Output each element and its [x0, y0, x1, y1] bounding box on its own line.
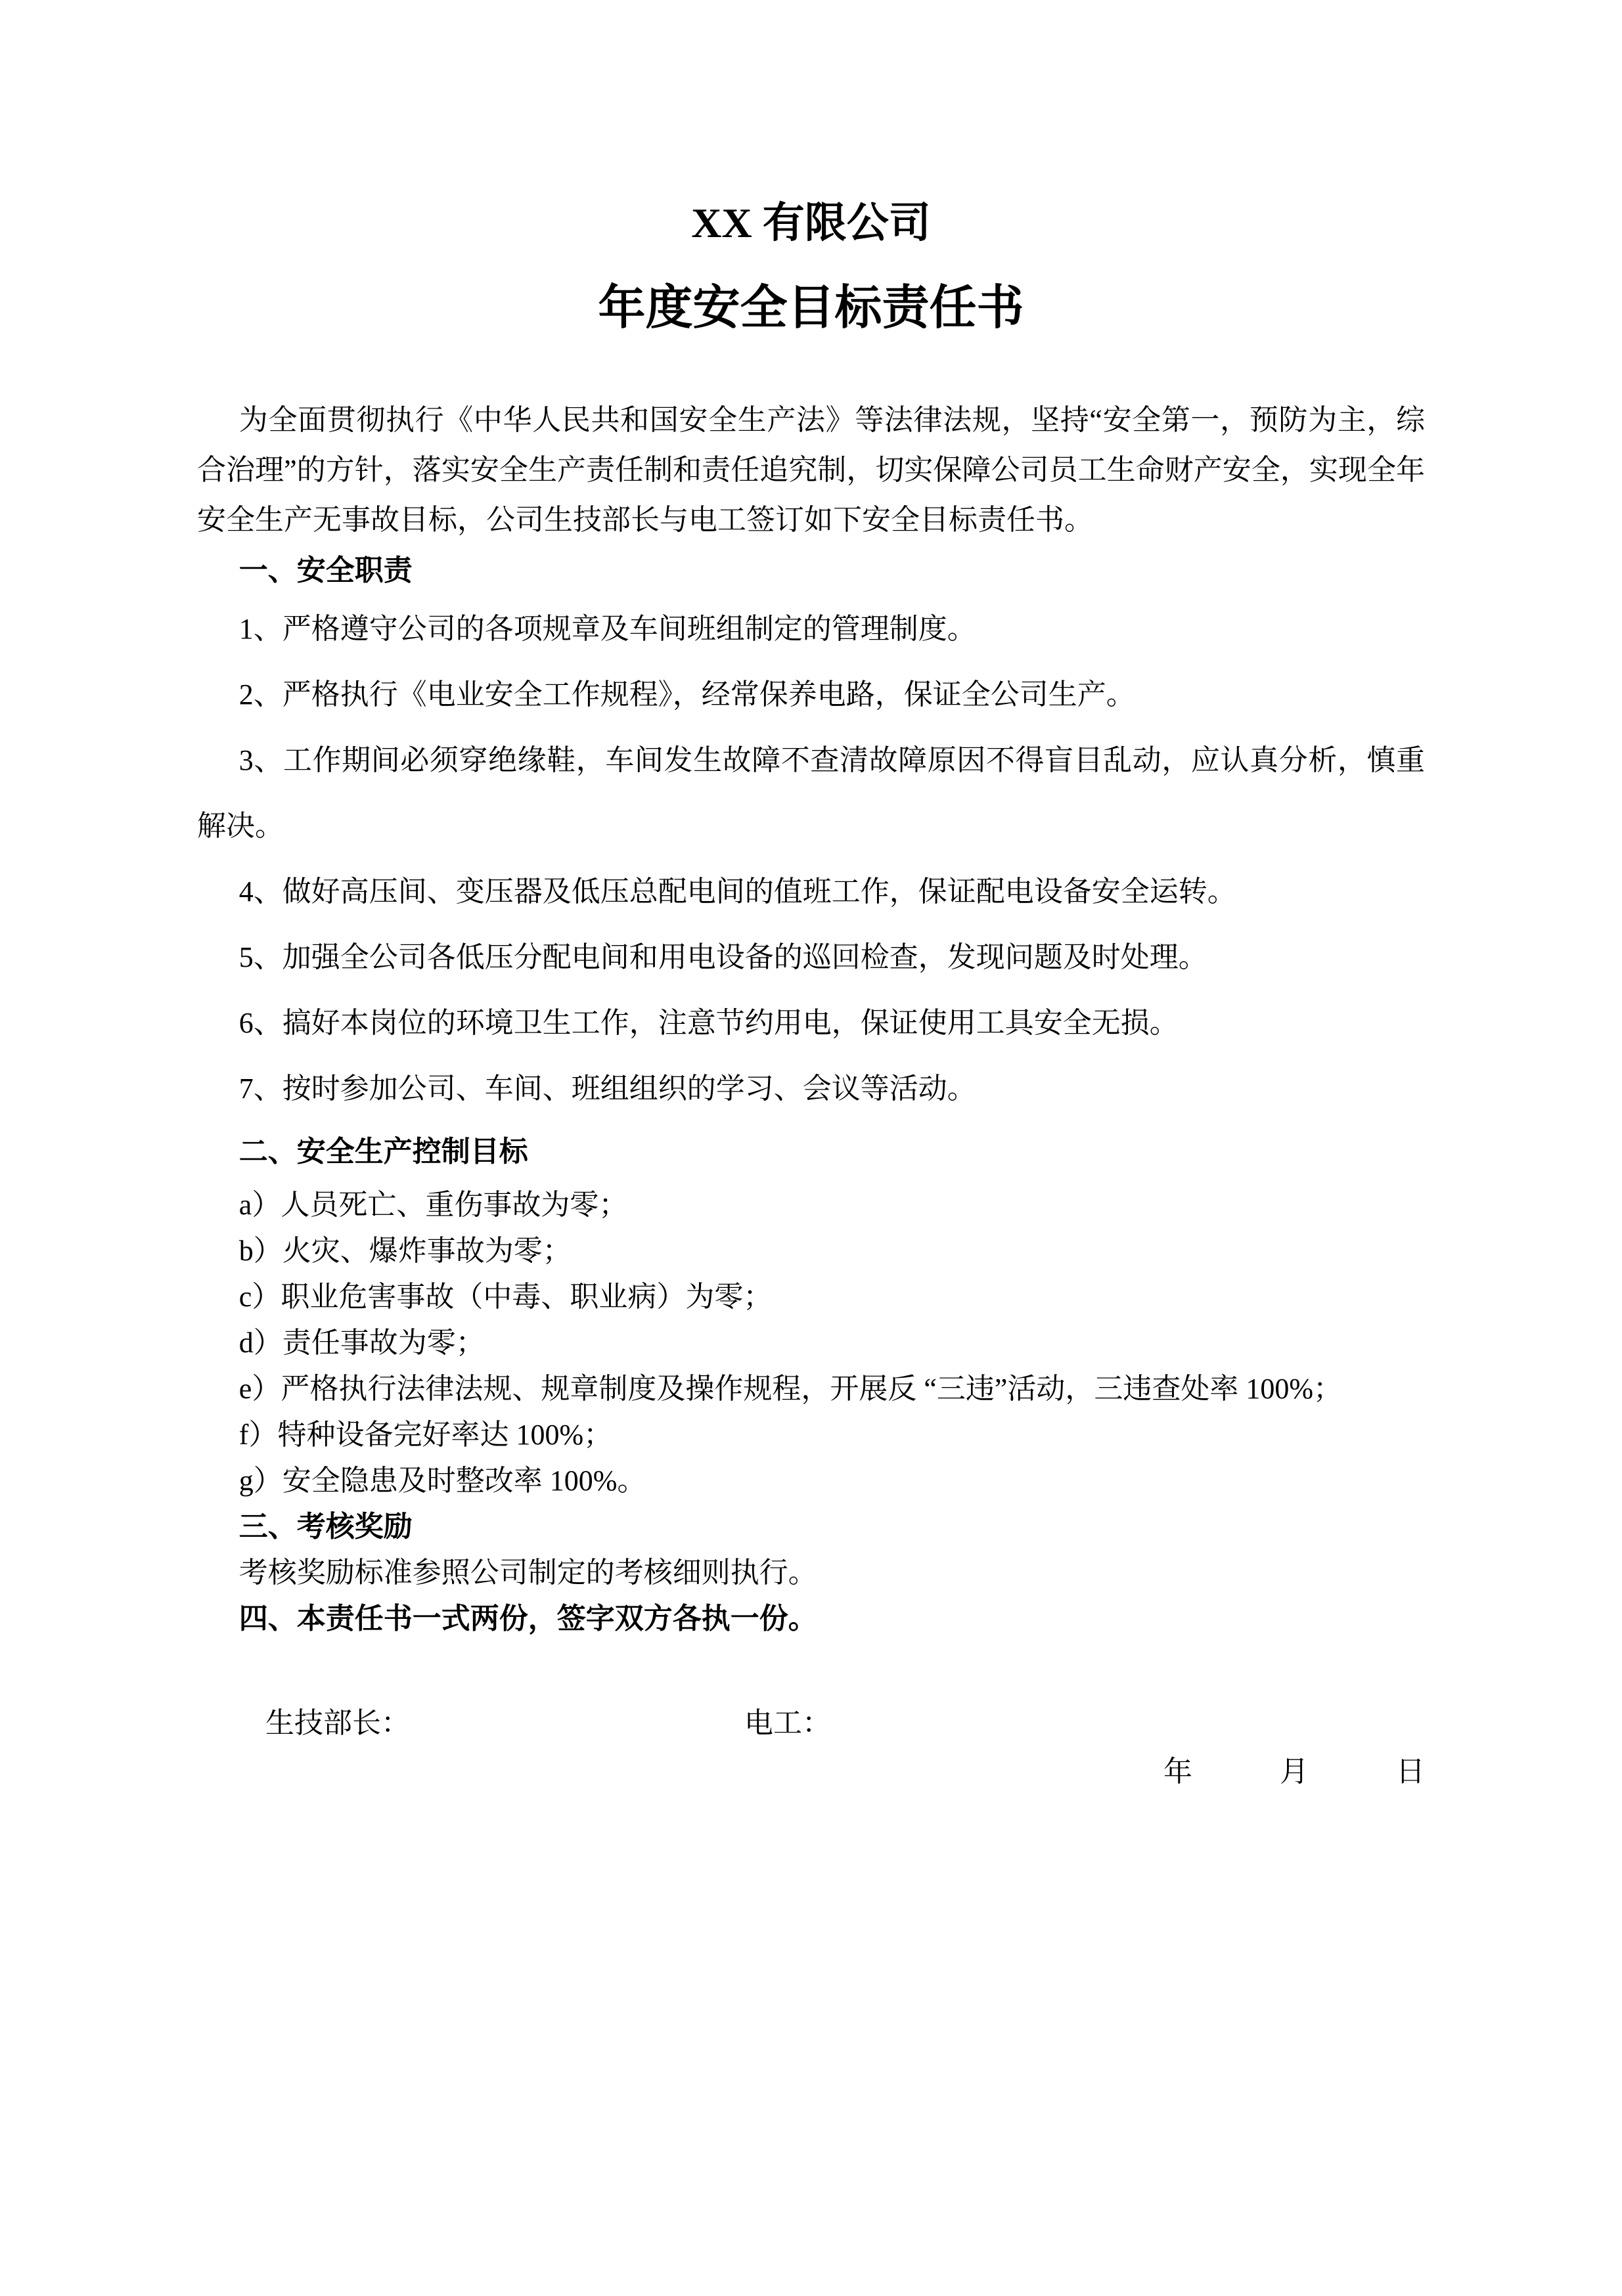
duty-item-3: 3、工作期间必须穿绝缘鞋，车间发生故障不查清故障原因不得盲目乱动，应认真分析，慎… — [197, 728, 1425, 859]
duty-item-4: 4、做好高压间、变压器及低压总配电间的值班工作，保证配电设备安全运转。 — [197, 859, 1425, 925]
intro-paragraph: 为全面贯彻执行《中华人民共和国安全生产法》等法律法规，坚持“安全第一，预防为主，… — [197, 395, 1425, 545]
target-item-e: e）严格执行法律法规、规章制度及操作规程，开展反 “三违”活动，三违查处率 10… — [197, 1366, 1425, 1412]
duty-item-2: 2、严格执行《电业安全工作规程》，经常保养电路，保证全公司生产。 — [197, 662, 1425, 728]
duty-item-6: 6、搞好本岗位的环境卫生工作，注意节约用电，保证使用工具安全无损。 — [197, 990, 1425, 1056]
target-item-c: c）职业危害事故（中毒、职业病）为零； — [197, 1274, 1425, 1320]
month-label: 月 — [1280, 1747, 1309, 1797]
day-label: 日 — [1396, 1747, 1425, 1797]
target-item-d: d）责任事故为零； — [197, 1320, 1425, 1366]
year-label: 年 — [1163, 1755, 1192, 1788]
doc-subtitle: 年度安全目标责任书 — [197, 282, 1425, 334]
section-4-heading: 四、本责任书一式两份，签字双方各执一份。 — [197, 1596, 1425, 1642]
duty-item-5: 5、加强全公司各低压分配电间和用电设备的巡回检查，发现问题及时处理。 — [197, 925, 1425, 990]
electrician-signature-label: 电工： — [744, 1707, 831, 1739]
section-2-heading: 二、安全生产控制目标 — [197, 1122, 1425, 1182]
section-3-heading: 三、考核奖励 — [197, 1504, 1425, 1550]
signature-row: 生技部长： 电工： — [197, 1700, 1425, 1747]
section-1-heading: 一、安全职责 — [197, 545, 1425, 596]
section-3-body: 考核奖励标准参照公司制定的考核细则执行。 — [197, 1550, 1425, 1596]
document-page: XX 有限公司 年度安全目标责任书 为全面贯彻执行《中华人民共和国安全生产法》等… — [0, 0, 1622, 2296]
target-item-g: g）安全隐患及时整改率 100%。 — [197, 1458, 1425, 1504]
doc-title: XX 有限公司 — [197, 0, 1425, 246]
target-item-a: a）人员死亡、重伤事故为零； — [197, 1182, 1425, 1228]
duty-item-1: 1、严格遵守公司的各项规章及车间班组制定的管理制度。 — [197, 596, 1425, 662]
target-item-b: b）火灾、爆炸事故为零； — [197, 1228, 1425, 1274]
duty-item-7: 7、按时参加公司、车间、班组组织的学习、会议等活动。 — [197, 1056, 1425, 1122]
date-row: 年 月 日 — [197, 1747, 1425, 1797]
manager-signature-label: 生技部长： — [265, 1707, 410, 1739]
target-item-f: f）特种设备完好率达 100%； — [197, 1412, 1425, 1458]
